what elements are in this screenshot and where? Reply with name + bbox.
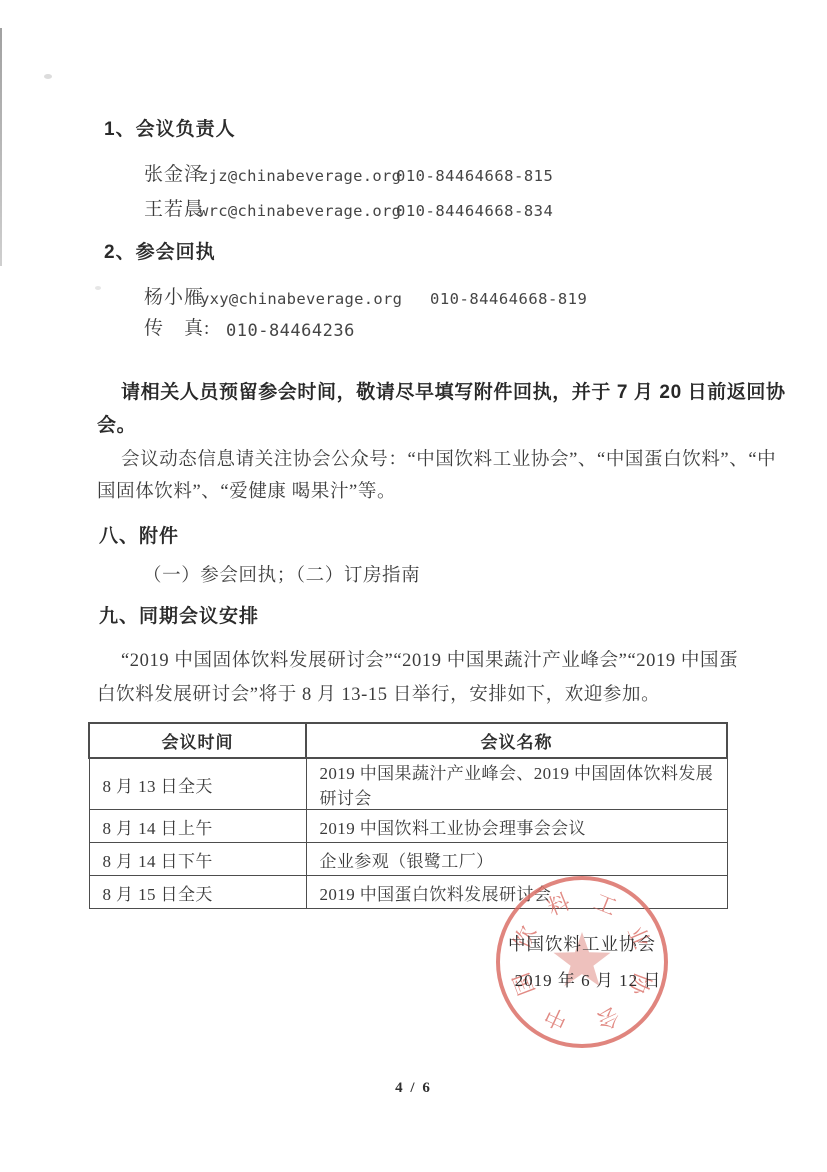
fax-label: 传 真:	[144, 317, 210, 341]
seal-arc-char: 料	[544, 889, 574, 920]
fax-number: 010-84464236	[226, 321, 355, 342]
document-page: 1、会议负责人 张金泽 zjz@chinabeverage.org 010-84…	[0, 0, 827, 1172]
table-header-time: 会议时间	[89, 723, 306, 758]
wechat-note-line2: 国固体饮料”、“爱健康 喝果汁”等。	[97, 481, 396, 504]
contact-name: 王若晨	[144, 198, 204, 222]
contact-name: 杨小雁	[144, 286, 204, 310]
signature-date: 2019 年 6 月 12 日	[498, 966, 678, 991]
table-row: 8 月 14 日上午 2019 中国饮料工业协会理事会会议	[89, 810, 727, 843]
schedule-intro-line2: 白饮料发展研讨会”将于 8 月 13-15 日举行，安排如下，欢迎参加。	[97, 684, 660, 707]
contact-phone: 010-84464668-834	[396, 202, 553, 221]
table-cell-time: 8 月 13 日全天	[89, 758, 306, 810]
section-heading-attachments: 八、附件	[99, 525, 179, 549]
seal-arc-char: 中	[541, 1002, 572, 1034]
contact-phone: 010-84464668-819	[430, 290, 587, 309]
scan-speck	[95, 286, 101, 290]
contact-email: yxy@chinabeverage.org	[200, 290, 402, 309]
seal-arc-char: 工	[590, 889, 620, 920]
table-cell-name: 2019 中国果蔬汁产业峰会、2019 中国固体饮料发展研讨会	[306, 758, 727, 810]
seal-arc-char: 会	[593, 1002, 624, 1034]
page-number: 4 / 6	[0, 1080, 827, 1097]
table-header-row: 会议时间 会议名称	[89, 723, 727, 758]
scan-speck	[44, 74, 52, 79]
table-row: 8 月 13 日全天 2019 中国果蔬汁产业峰会、2019 中国固体饮料发展研…	[89, 758, 727, 810]
table-row: 8 月 14 日下午 企业参观（银鹭工厂）	[89, 843, 727, 876]
table-header-name: 会议名称	[306, 723, 727, 758]
contact-name: 张金泽	[144, 163, 204, 187]
table-cell-time: 8 月 14 日上午	[89, 810, 306, 843]
schedule-intro-line1: “2019 中国固体饮料发展研讨会”“2019 中国果蔬汁产业峰会”“2019 …	[121, 650, 738, 673]
signature-org: 中国饮料工业协会	[492, 931, 672, 956]
section-heading-receipt: 2、参会回执	[104, 241, 216, 265]
section-heading-leaders: 1、会议负责人	[104, 118, 236, 142]
contact-phone: 010-84464668-815	[396, 167, 553, 186]
contact-email: wrc@chinabeverage.org	[199, 202, 401, 221]
attachments-content: （一）参会回执；（二）订房指南	[143, 565, 420, 588]
section-heading-schedule: 九、同期会议安排	[99, 605, 259, 629]
notice-paragraph-line2: 会。	[97, 414, 136, 438]
contact-email: zjz@chinabeverage.org	[199, 167, 401, 186]
official-seal-stamp: 中国饮料工业协会	[492, 872, 672, 1052]
table-cell-name: 企业参观（银鹭工厂）	[306, 843, 727, 876]
table-cell-time: 8 月 15 日全天	[89, 876, 306, 909]
notice-paragraph-line1: 请相关人员预留参会时间，敬请尽早填写附件回执，并于 7 月 20 日前返回协	[121, 381, 786, 405]
table-cell-name: 2019 中国饮料工业协会理事会会议	[306, 810, 727, 843]
table-cell-time: 8 月 14 日下午	[89, 843, 306, 876]
wechat-note-line1: 会议动态信息请关注协会公众号：“中国饮料工业协会”、“中国蛋白饮料”、“中	[121, 449, 776, 472]
scan-edge-artifact	[0, 28, 2, 266]
